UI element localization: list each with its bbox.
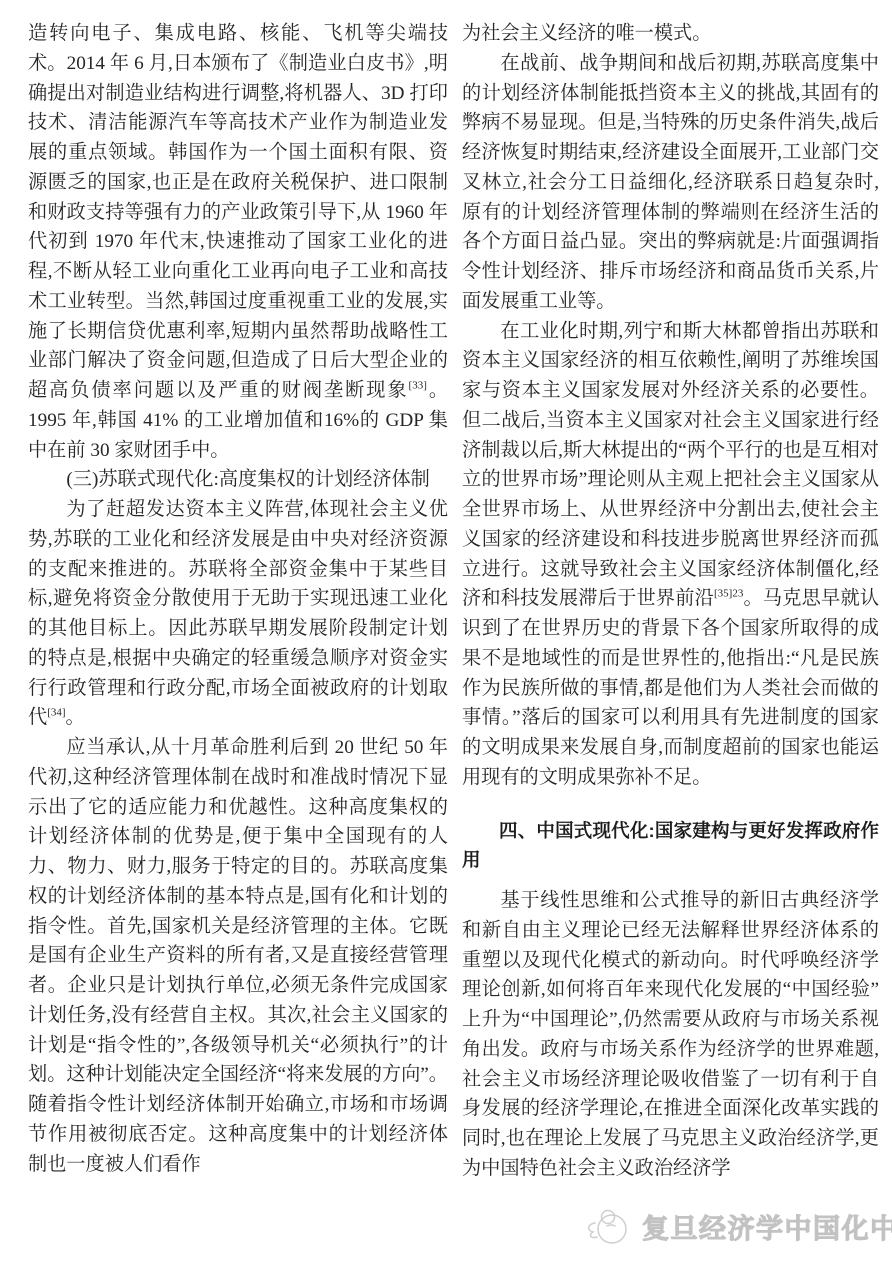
paragraph: 在工业化时期,列宁和斯大林都曾指出苏联和资本主义国家经济的相互依赖性,阐明了苏维… [462, 317, 879, 793]
paragraph: 造转向电子、集成电路、核能、飞机等尖端技术。2014 年 6 月,日本颁布了《制… [28, 19, 448, 465]
section-heading: 四、中国式现代化:国家建构与更好发挥政府作用 [462, 816, 879, 876]
paragraph: 基于线性思维和公式推导的新旧古典经济学和新自由主义理论已经无法解释世界经济体系的… [462, 886, 879, 1184]
paragraph: 在战前、战争期间和战后初期,苏联高度集中的计划经济体制能抵挡资本主义的挑战,其固… [462, 49, 879, 317]
text-run: 在战前、战争期间和战后初期,苏联高度集中的计划经济体制能抵挡资本主义的挑战,其固… [462, 53, 879, 312]
page: 造转向电子、集成电路、核能、飞机等尖端技术。2014 年 6 月,日本颁布了《制… [0, 0, 892, 1268]
text-run: 应当承认,从十月革命胜利后到 20 世纪 50 年代初,这种经济管理体制在战时和… [28, 737, 448, 1175]
text-run: 。 [66, 707, 85, 728]
text-run: 基于线性思维和公式推导的新旧古典经济学和新自由主义理论已经无法解释世界经济体系的… [462, 890, 879, 1179]
right-column: 为社会主义经济的唯一模式。在战前、战争期间和战后初期,苏联高度集中的计划经济体制… [462, 19, 879, 1184]
text-run: 为了赶超发达资本主义阵营,体现社会主义优势,苏联的工业化和经济发展是由中央对经济… [28, 499, 448, 728]
text-run: 造转向电子、集成电路、核能、飞机等尖端技术。2014 年 6 月,日本颁布了《制… [28, 23, 448, 401]
text-run: 为社会主义经济的唯一模式。 [462, 23, 711, 44]
citation-ref: [35]23 [714, 588, 743, 600]
left-column: 造转向电子、集成电路、核能、飞机等尖端技术。2014 年 6 月,日本颁布了《制… [28, 19, 448, 1179]
subsection-heading: (三)苏联式现代化:高度集权的计划经济体制 [28, 465, 448, 495]
text-run: (三)苏联式现代化:高度集权的计划经济体制 [66, 469, 429, 490]
center-logo-icon [583, 1204, 633, 1248]
watermark: 复旦经济学中国化中心 [583, 1204, 892, 1248]
watermark-text: 复旦经济学中国化中心 [642, 1207, 892, 1246]
citation-ref: [33] [409, 380, 427, 392]
paragraph: 应当承认,从十月革命胜利后到 20 世纪 50 年代初,这种经济管理体制在战时和… [28, 733, 448, 1179]
text-run: 。马克思早就认识到了在世界历史的背景下各个国家所取得的成果不是地域性的而是世界性… [462, 588, 879, 788]
paragraph: 为社会主义经济的唯一模式。 [462, 19, 879, 49]
text-run: 四、中国式现代化:国家建构与更好发挥政府作用 [462, 820, 879, 871]
text-run: 在工业化时期,列宁和斯大林都曾指出苏联和资本主义国家经济的相互依赖性,阐明了苏维… [462, 321, 879, 610]
citation-ref: [34] [47, 707, 65, 719]
paragraph: 为了赶超发达资本主义阵营,体现社会主义优势,苏联的工业化和经济发展是由中央对经济… [28, 495, 448, 733]
